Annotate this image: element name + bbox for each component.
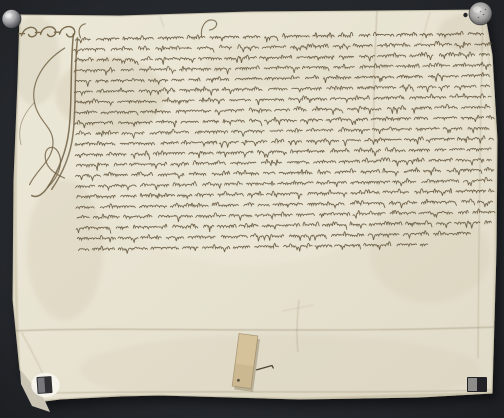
board-hole-top-right — [463, 13, 467, 17]
square-pin-bottom-right — [467, 377, 487, 392]
round-pin-top-left — [2, 10, 21, 29]
square-pin-bottom-left — [36, 376, 52, 394]
round-pin-top-right — [469, 2, 492, 25]
charter-photograph — [0, 0, 504, 418]
photo-canvas — [0, 0, 504, 418]
